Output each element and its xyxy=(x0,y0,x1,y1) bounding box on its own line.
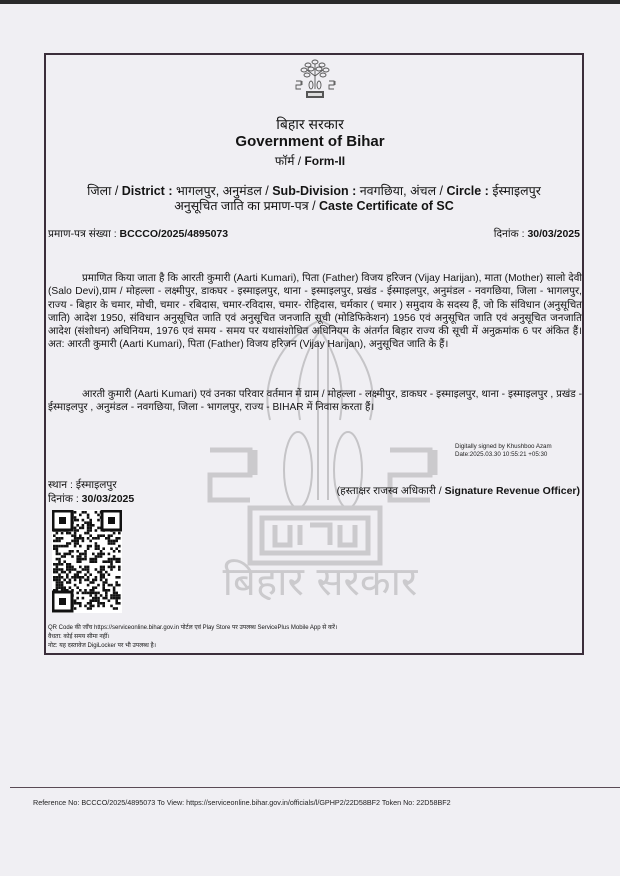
qr-verify-note: QR Code की जाँच https://serviceonline.bi… xyxy=(48,624,337,633)
form-label: फॉर्म / Form-II xyxy=(0,152,620,169)
digilocker-note: नोट: यह दस्तावेज DigiLocker पर भी उपलब्ध… xyxy=(48,642,337,651)
subdivision-value: नवगछिया, xyxy=(360,184,410,198)
place-line: स्थान : ईस्माइलपुर xyxy=(48,478,117,492)
digital-signature-date: Date:2025.03.30 10:55:21 +05:30 xyxy=(455,451,552,459)
residence-paragraph: आरती कुमारी (Aarti Kumari) एवं उनका परिव… xyxy=(48,388,582,415)
district-label-hi: जिला / xyxy=(87,184,122,198)
place-value: ईस्माइलपुर xyxy=(76,479,117,491)
certification-text: प्रमाणित किया जाता है कि आरती कुमारी (Aa… xyxy=(48,273,582,350)
subdivision-label-en: Sub-Division : xyxy=(272,184,360,198)
footer-date-line: दिनांक : 30/03/2025 xyxy=(48,492,134,506)
certificate-number: प्रमाण-पत्र संख्या : BCCCO/2025/4895073 xyxy=(48,227,228,241)
signature-label-hi: (हस्ताक्षर राजस्व अधिकारी / xyxy=(337,485,445,497)
circle-label-en: Circle : xyxy=(446,184,492,198)
issue-date: दिनांक : 30/03/2025 xyxy=(494,227,580,241)
issue-date-label: दिनांक : xyxy=(494,228,528,240)
circle-label-hi: अंचल / xyxy=(410,184,446,198)
signature-label: (हस्ताक्षर राजस्व अधिकारी / Signature Re… xyxy=(337,484,580,498)
page-top-edge xyxy=(0,0,620,4)
footer-divider xyxy=(10,787,620,788)
certificate-title: अनुसूचित जाति का प्रमाण-पत्र / Caste Cer… xyxy=(44,197,584,214)
validity-note: वैधता: कोई समय सीमा नहीं। xyxy=(48,633,337,642)
subdivision-label-hi: अनुमंडल / xyxy=(223,184,273,198)
digital-signature: Digitally signed by Khushboo Azam Date:2… xyxy=(455,443,552,459)
footer-date-label: दिनांक : xyxy=(48,493,82,505)
certificate-number-label: प्रमाण-पत्र संख्या : xyxy=(48,228,120,240)
signature-label-en: Signature Revenue Officer) xyxy=(445,485,580,497)
form-hindi: फॉर्म / xyxy=(275,154,305,168)
circle-value: ईस्माइलपुर xyxy=(492,184,541,198)
district-value: भागलपुर, xyxy=(176,184,223,198)
certificate-number-value: BCCCO/2025/4895073 xyxy=(120,228,229,240)
residence-text: आरती कुमारी (Aarti Kumari) एवं उनका परिव… xyxy=(48,389,582,413)
issue-date-value: 30/03/2025 xyxy=(527,228,580,240)
footer-date-value: 30/03/2025 xyxy=(82,493,135,505)
place-label: स्थान : xyxy=(48,479,76,491)
qr-code-icon[interactable] xyxy=(52,510,122,613)
digital-signature-signer: Digitally signed by Khushboo Azam xyxy=(455,443,552,451)
svg-text:बिहार सरकार: बिहार सरकार xyxy=(223,559,418,600)
bihar-emblem-icon xyxy=(290,56,340,102)
district-label-en: District : xyxy=(122,184,176,198)
govt-hindi-title: बिहार सरकार xyxy=(0,115,620,134)
form-english: Form-II xyxy=(304,154,345,168)
certificate-title-hi: अनुसूचित जाति का प्रमाण-पत्र / xyxy=(174,199,319,213)
govt-english-title: Government of Bihar xyxy=(0,133,620,150)
certificate-title-en: Caste Certificate of SC xyxy=(319,199,454,213)
certification-paragraph: प्रमाणित किया जाता है कि आरती कुमारी (Aa… xyxy=(48,272,582,352)
notes-block: QR Code की जाँच https://serviceonline.bi… xyxy=(48,624,337,651)
reference-line: Reference No: BCCCO/2025/4895073 To View… xyxy=(33,798,451,807)
